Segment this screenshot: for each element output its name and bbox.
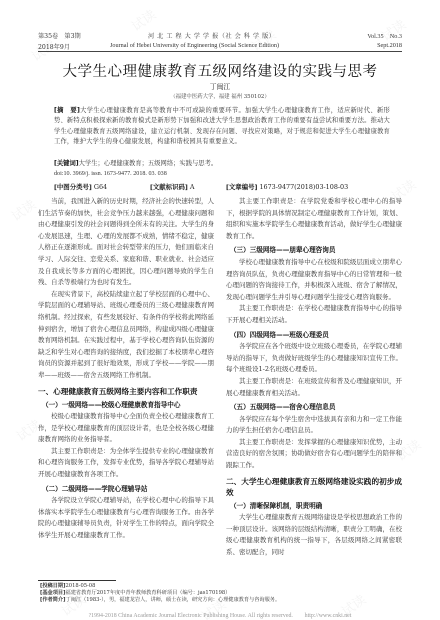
paragraph: 其主要工作职责是：在学院党委和学校心理中心的指导下，根据学院的具体情况制定心理健…: [226, 196, 402, 242]
right-column: 其主要工作职责是：在学院党委和学校心理中心的指导下，根据学院的具体情况制定心理健…: [226, 196, 402, 559]
date-en: Sept.2018: [377, 42, 402, 49]
author-bio-label: [作者简介]: [40, 597, 66, 603]
subsection-heading: （五）五级网络——宿舍心理信息员: [226, 402, 402, 414]
footnote-received: [投稿日期]2018-05-08: [40, 583, 95, 589]
subsection-heading: （一）一级网络——校级心理健康教育指导中心: [38, 400, 214, 412]
keywords-text: 大学生；心理健康教育；五级网络；实践与思考。: [79, 160, 218, 167]
article-number-label: [文章编号]: [226, 183, 257, 191]
watermark-text: 试读: [377, 14, 409, 44]
paragraph: 其主要工作职责是：发挥掌握的心理健康知识优势，主动营造良好的宿舍氛围；协助做好宿…: [226, 437, 402, 472]
article-number: [文章编号] 1673-9477(2018)03-108-03: [226, 182, 348, 191]
clc-value: G64: [94, 183, 107, 191]
clc-label: [中图分类号]: [54, 183, 92, 191]
vol-no-en: Vol.35 No.3: [367, 31, 402, 40]
keywords-label: [关键词]: [54, 160, 79, 167]
paragraph: 学校心理健康教育指导中心在校级和院级层面成立朋辈心理咨询员队伍，负责心理健康教育…: [226, 257, 402, 303]
paragraph: 其主要工作职责是：在学校心理健康教育指导中心的指导下开展心理相关活动。: [226, 303, 402, 326]
subsection-heading: （三）三级网络——朋辈心理咨询员: [226, 245, 402, 257]
author-bio-text: 丁闽江（1983-），男，福建龙岩人，讲师，硕士在读，研究方向：心理健康教育与咨…: [66, 597, 281, 603]
keywords: [关键词]大学生；心理健康教育；五级网络；实践与思考。: [54, 158, 217, 167]
publication-date: 2018年9月: [38, 42, 70, 51]
journal-name-cn: 河 北 工 程 大 学 学 报（社 会 科 学 版）: [148, 31, 275, 40]
paragraph: 在现实背景下，高校陆续建立起了学校层面的心理中心、学院层面的心理辅导站、班级心理…: [38, 289, 214, 382]
article-number-value: 1673-9477(2018)03-108-03: [259, 183, 348, 191]
header-rule: [38, 51, 402, 52]
copyright-notice: ?1994-2018 China Academic Journal Electr…: [0, 610, 440, 619]
watermark-text: 试读: [7, 194, 39, 224]
footnote-rule: [38, 580, 116, 581]
paragraph: 其主要工作职责是：在班级宣传和普及心理健康知识，开展心理健康教育相关活动。: [226, 376, 402, 399]
footnote-fund: [基金项目]福建省教育厅2017年度中青年教师教育科研项目（编号：jas1701…: [40, 590, 230, 596]
doc-code: [文献标识码] A: [150, 182, 194, 191]
fund-text: 福建省教育厅2017年度中青年教师教育科研项目（编号：jas170198）: [66, 590, 231, 596]
author-affiliation: （福建中医药大学，福建 福州 350102）: [0, 92, 440, 100]
article-title: 大学生心理健康教育五级网络建设的实践与思考: [0, 60, 440, 81]
doc-code-value: A: [190, 183, 195, 191]
paragraph: 大学生心理健康教育五级网络建设是学校思想政治工作的一种顶层设计。该网络的层级结构…: [226, 512, 402, 558]
section-heading: 一、心理健康教育五级网络主要内容和工作职责: [38, 386, 214, 397]
paragraph: 校级心理健康教育指导中心全面负责全校心理健康教育工作，是学校心理健康教育的顶层设…: [38, 411, 214, 446]
received-date: 2018-05-08: [66, 583, 96, 589]
doc-code-label: [文献标识码]: [150, 183, 188, 191]
subsection-heading: （一）清晰保障机制，职责明确: [226, 501, 402, 513]
left-column: 当前，我国进入新的历史时期，经济社会的快速转型，人们生活节奏的加快，社会竞争压力…: [38, 196, 214, 542]
subsection-heading: （四）四级网络——班级心理委员: [226, 330, 402, 342]
subsection-heading: （二）二级网络——学院心理辅导站: [38, 484, 214, 496]
paragraph: 各学院设立学院心理辅导站，在学校心理中心的指导下具体落实本学院学生心理健康教育与…: [38, 495, 214, 541]
section-heading: 二、大学生心理健康教育五级网络建设实践的初步成效: [226, 476, 402, 498]
volume-issue: 第35卷 第3期: [38, 31, 81, 40]
journal-name-en: Journal of Hebei University of Engineeri…: [110, 42, 279, 49]
received-label: [投稿日期]: [40, 583, 66, 589]
doi: doi:10. 3969/j. issn. 1673-9477. 2018. 0…: [54, 171, 167, 177]
paragraph: 各学院应在各个班级中设立班级心理委员，在学院心理辅导站的指导下，负责做好班级学生…: [226, 341, 402, 376]
abstract-label: [摘 要]: [54, 107, 80, 114]
footnote-author: [作者简介]丁闽江（1983-），男，福建龙岩人，讲师，硕士在读，研究方向：心理…: [40, 597, 280, 603]
abstract-text: 大学生心理健康教育是高等教育中不可或缺的重要环节。加强大学生心理健康教育工作，适…: [54, 107, 390, 145]
author-name: 丁闽江: [0, 81, 440, 91]
paragraph: 当前，我国进入新的历史时期，经济社会的快速转型，人们生活节奏的加快，社会竞争压力…: [38, 196, 214, 289]
fund-label: [基金项目]: [40, 590, 66, 596]
paragraph: 其主要工作职责是：为全体学生提供专业的心理健康教育和心理咨询服务工作，发挥专业优…: [38, 446, 214, 481]
abstract: [摘 要]大学生心理健康教育是高等教育中不可或缺的重要环节。加强大学生心理健康教…: [54, 106, 390, 148]
clc-number: [中图分类号] G64: [54, 182, 107, 191]
paragraph: 各学院应在每个学生宿舍中选拔具有亲和力和一定工作能力的学生担任宿舍心理信息员。: [226, 414, 402, 437]
